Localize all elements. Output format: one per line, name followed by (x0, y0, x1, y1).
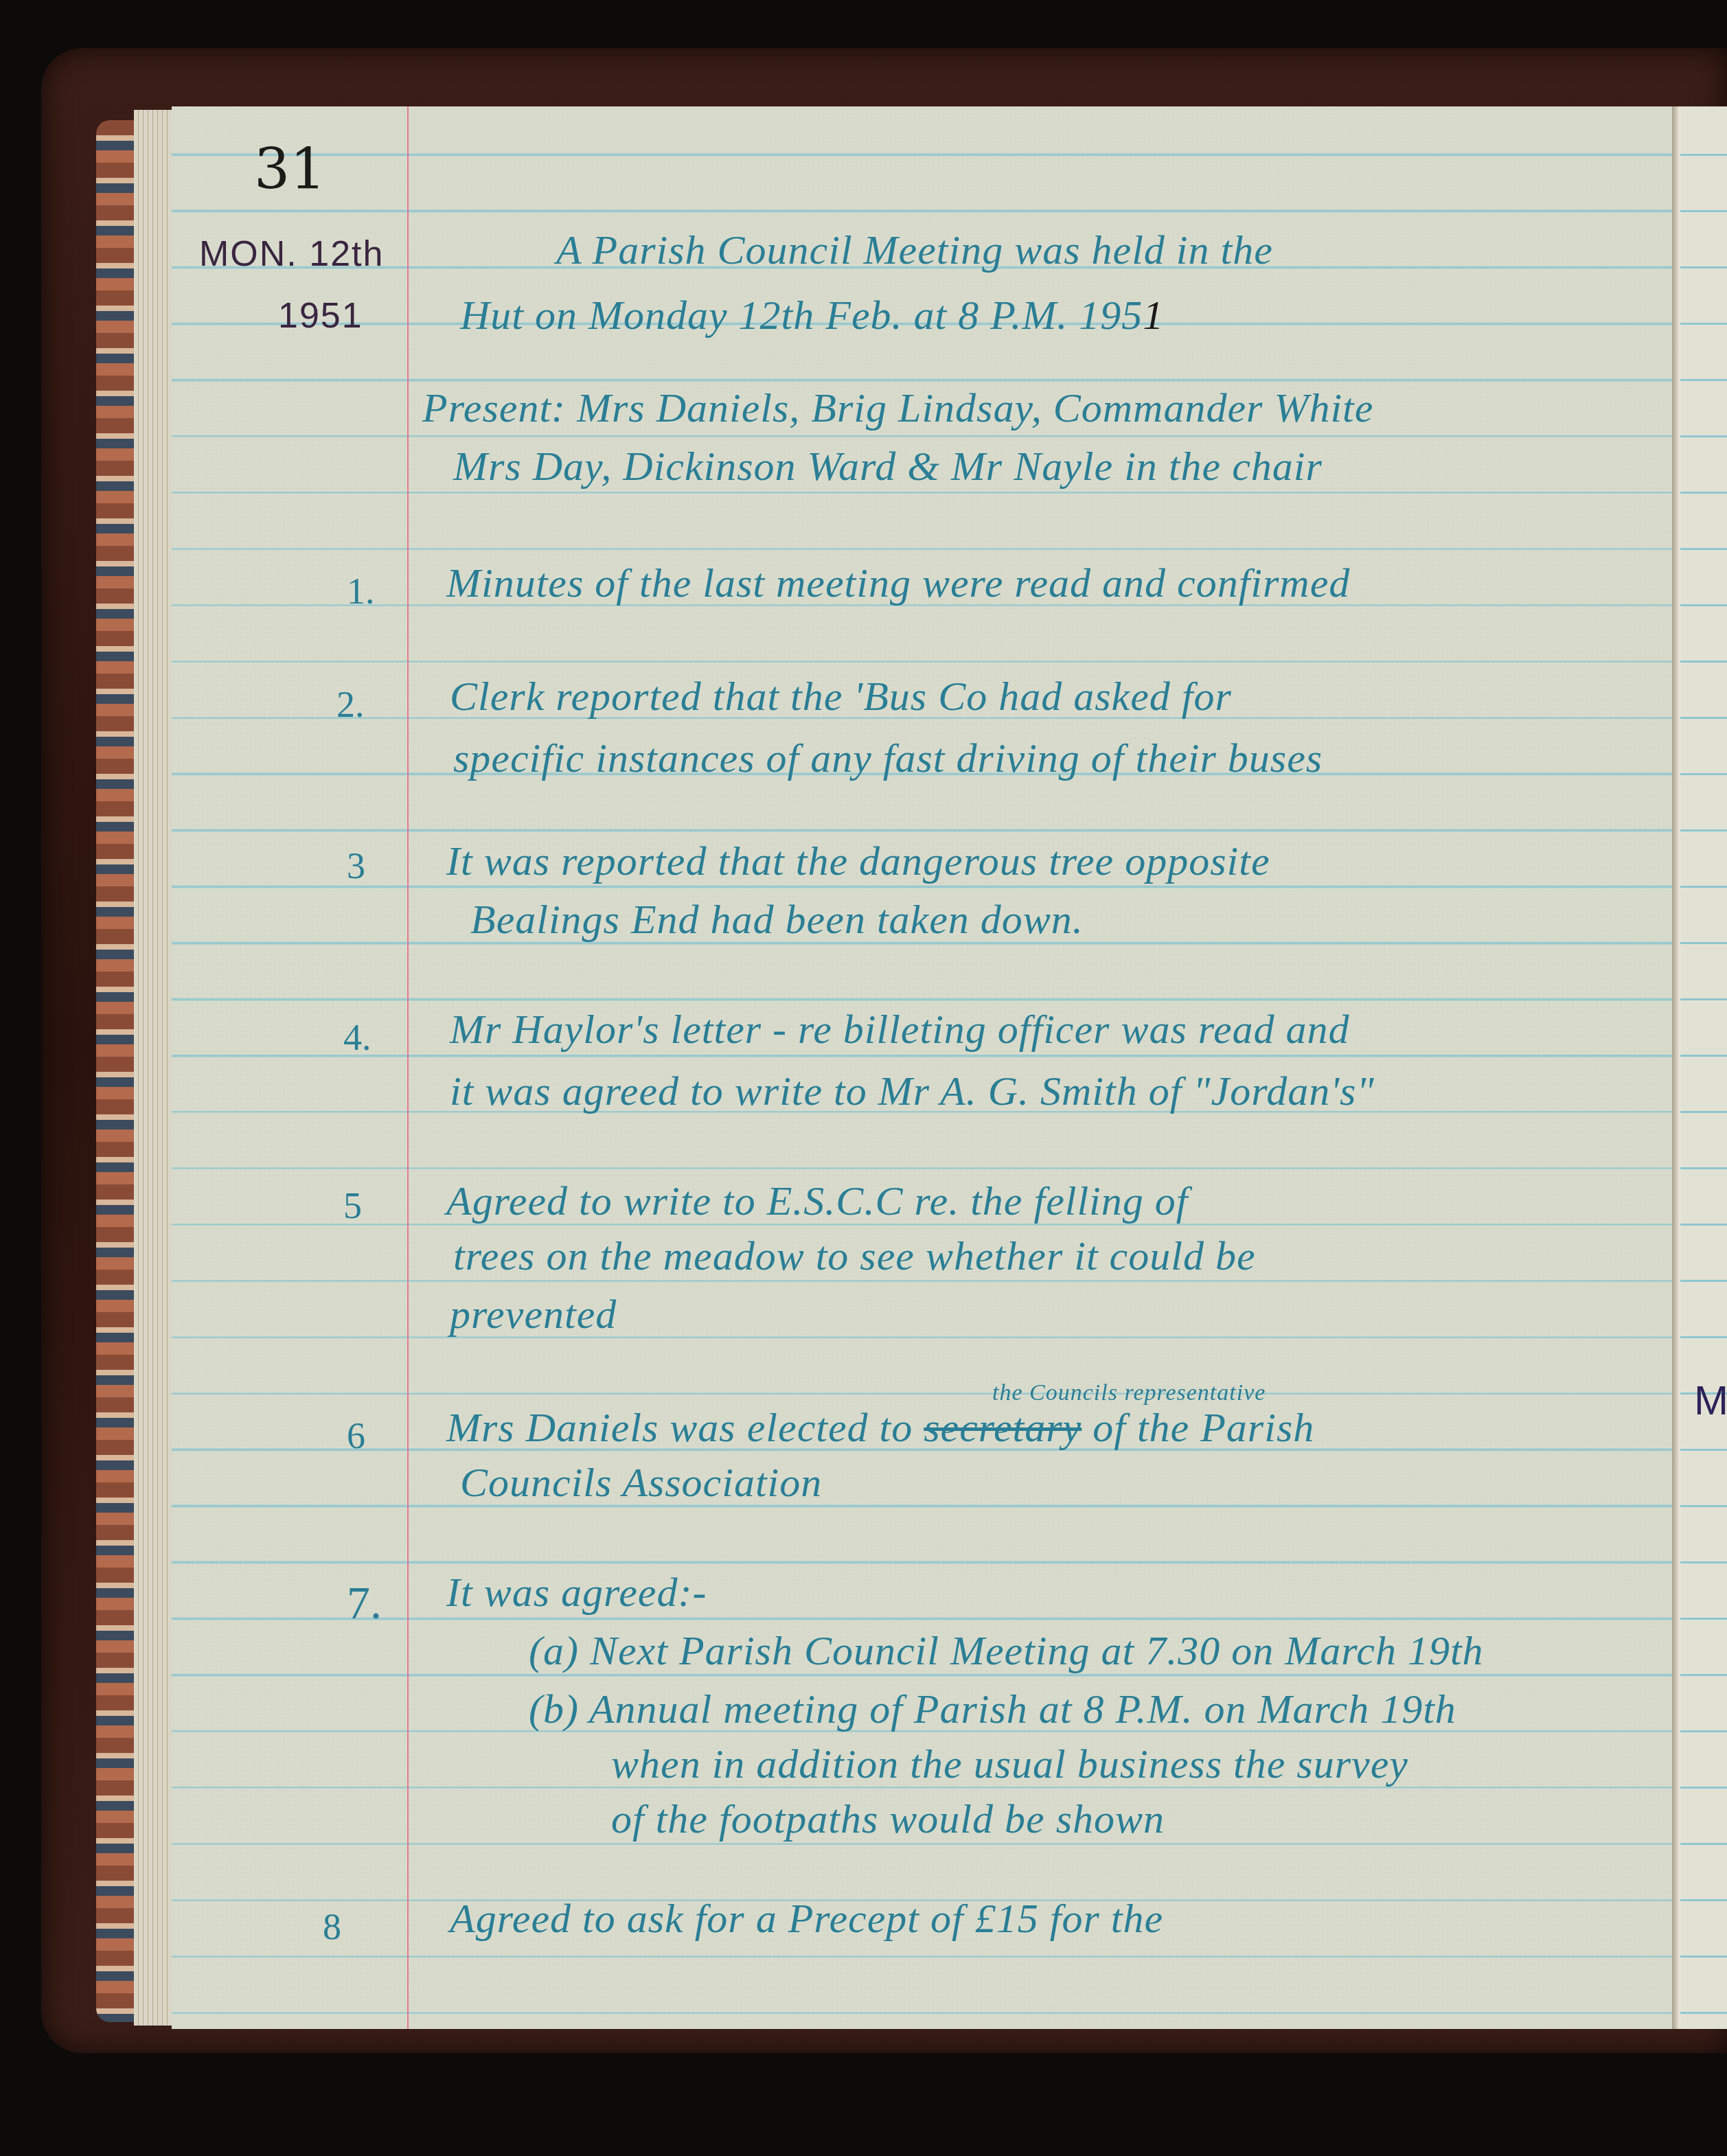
date-year: 1951 (278, 295, 363, 336)
item-number: 5 (343, 1184, 362, 1227)
item-line: Minutes of the last meeting were read an… (446, 560, 1350, 607)
heading-text: Hut on Monday 12th Feb. at 8 P.M. 195 (460, 293, 1143, 338)
inserted-text: the Councils representative (992, 1380, 1266, 1406)
heading-line-1: A Parish Council Meeting was held in the (556, 227, 1273, 274)
item-number: 8 (323, 1905, 341, 1948)
item-line: trees on the meadow to see whether it co… (453, 1232, 1256, 1280)
item-line: specific instances of any fast driving o… (453, 735, 1323, 782)
margin-line (407, 106, 409, 2029)
item-line: It was agreed:- (446, 1569, 707, 1616)
item-number: 6 (347, 1414, 365, 1457)
subitem-label: (b) (529, 1686, 579, 1732)
marbled-page-edges (96, 120, 137, 2022)
subitem-continuation: when in addition the usual business the … (611, 1741, 1408, 1788)
year-overwrite: 1 (1143, 293, 1164, 338)
item-line: Mr Haylor's letter - re billeting office… (450, 1006, 1350, 1053)
item-line: Agreed to write to E.S.C.C re. the felli… (446, 1178, 1188, 1225)
item-number: 3 (347, 845, 365, 887)
item-number: 4. (343, 1016, 371, 1059)
page-number: 31 (254, 137, 325, 203)
present-line-2: Mrs Day, Dickinson Ward & Mr Nayle in th… (453, 443, 1323, 490)
facing-page-glyph: M (1694, 1377, 1727, 1424)
date-day: MON. 12th (199, 233, 384, 275)
item-line: Agreed to ask for a Precept of £15 for t… (450, 1895, 1163, 1942)
subitem-label: (a) (529, 1628, 579, 1673)
facing-page-edge: M (1680, 106, 1727, 2029)
book-gutter (1672, 106, 1680, 2029)
item-line: Mrs Daniels was elected to secretary of … (446, 1404, 1314, 1452)
present-line-1: Present: Mrs Daniels, Brig Lindsay, Comm… (422, 385, 1373, 432)
item-text: Mrs Daniels was elected to (446, 1405, 913, 1450)
item-number: 7. (347, 1576, 382, 1630)
page-stack (134, 110, 175, 2026)
item-line: prevented (450, 1291, 617, 1338)
item-number: 1. (347, 570, 375, 612)
item-line: it was agreed to write to Mr A. G. Smith… (450, 1068, 1375, 1115)
item-text: of the Parish (1093, 1405, 1314, 1450)
struck-text: secretary (924, 1405, 1082, 1450)
item-line: Clerk reported that the 'Bus Co had aske… (450, 673, 1232, 720)
subitem-text: Next Parish Council Meeting at 7.30 on M… (590, 1628, 1484, 1673)
item-line: Councils Association (460, 1459, 822, 1506)
ledger-page: 31 MON. 12th 1951 A Parish Council Meeti… (172, 106, 1672, 2029)
item-number: 2. (336, 683, 365, 726)
item-line: It was reported that the dangerous tree … (446, 838, 1270, 885)
subitem-b: (b) Annual meeting of Parish at 8 P.M. o… (529, 1686, 1456, 1733)
item-line: Bealings End had been taken down. (470, 896, 1084, 943)
heading-line-2: Hut on Monday 12th Feb. at 8 P.M. 1951 (460, 292, 1164, 339)
subitem-text: Annual meeting of Parish at 8 P.M. on Ma… (589, 1686, 1456, 1732)
subitem-continuation: of the footpaths would be shown (611, 1796, 1165, 1843)
subitem-a: (a) Next Parish Council Meeting at 7.30 … (529, 1627, 1484, 1675)
